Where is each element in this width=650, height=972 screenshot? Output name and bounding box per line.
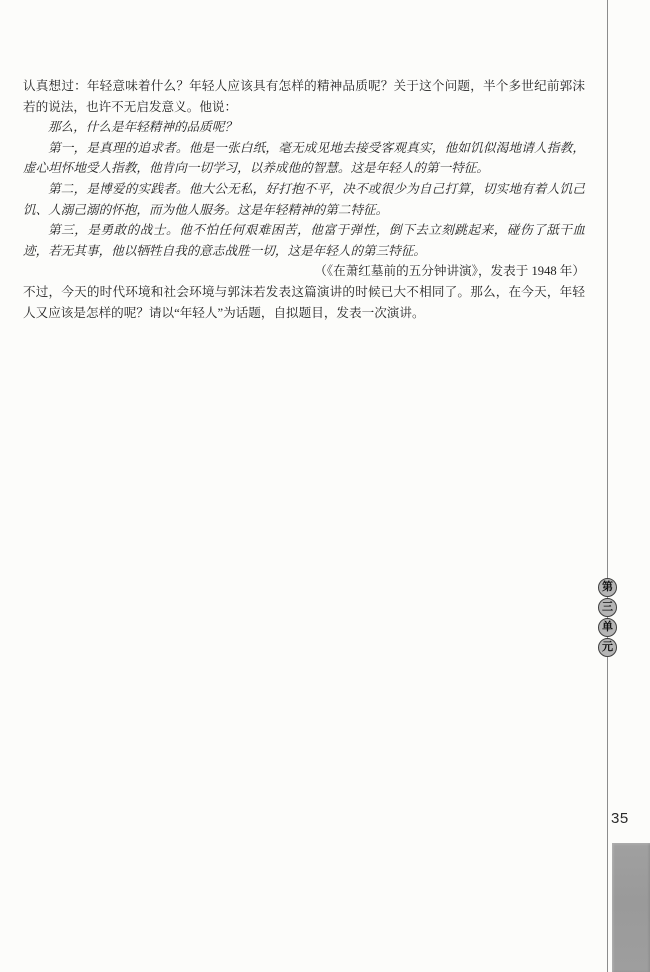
unit-marker-char-4: 元 [598,638,617,657]
closing-paragraph: 不过，今天的时代环境和社会环境与郭沫若发表这篇演讲的时候已大不相同了。那么，在今… [23,282,585,323]
quote-paragraph-third-trait: 第三，是勇敢的战士。他不怕任何艰难困苦，他富于弹性，倒下去立刻跳起来，碰伤了舐干… [23,220,585,261]
quote-paragraph-second-trait: 第二，是博爱的实践者。他大公无私，好打抱不平，决不或很少为自己打算，切实地有着人… [23,179,585,220]
page-number: 35 [611,810,641,827]
footer-tab-bar [612,843,650,972]
intro-paragraph: 认真想过：年轻意味着什么？年轻人应该具有怎样的精神品质呢？关于这个问题，半个多世… [23,76,585,117]
quote-paragraph-opening: 那么，什么是年轻精神的品质呢？ [23,117,585,138]
lesson-text-block: 认真想过：年轻意味着什么？年轻人应该具有怎样的精神品质呢？关于这个问题，半个多世… [23,76,585,323]
quote-paragraph-first-trait: 第一，是真理的追求者。他是一张白纸，毫无成见地去接受客观真实，他如饥似渴地请人指… [23,138,585,179]
unit-marker-char-1: 第 [598,578,617,597]
textbook-page: 认真想过：年轻意味着什么？年轻人应该具有怎样的精神品质呢？关于这个问题，半个多世… [0,0,650,972]
unit-marker-char-2: 三 [598,598,617,617]
page-edge-rule [607,0,608,972]
unit-marker: 第 三 单 元 [598,578,617,657]
citation-line: （《在萧红墓前的五分钟讲演》，发表于 1948 年） [23,261,585,282]
unit-marker-char-3: 单 [598,618,617,637]
